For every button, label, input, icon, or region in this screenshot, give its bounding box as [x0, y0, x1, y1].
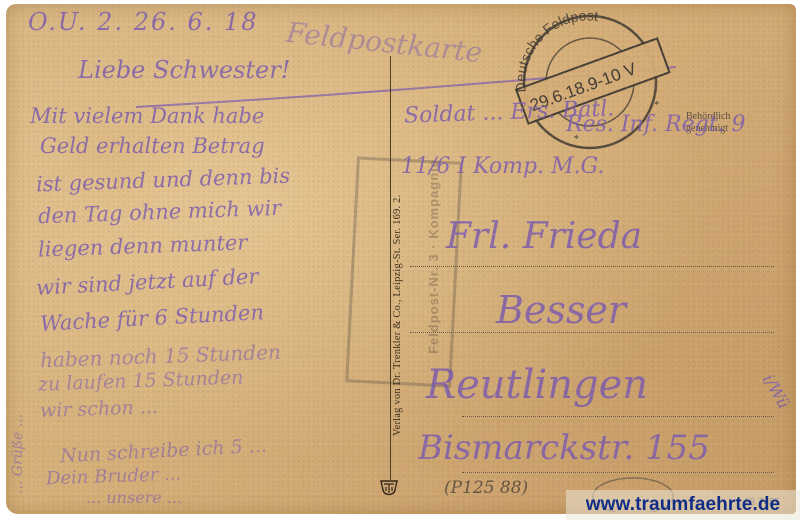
- divider-line: [390, 56, 391, 480]
- address-line-3: [462, 416, 774, 417]
- unit-stamp-text: Feldpost-Nr. 3 · Kompagnie: [426, 159, 441, 354]
- recipient-name-line1: Frl. Frieda: [446, 216, 642, 257]
- address-line-1: [410, 266, 774, 267]
- pencil-catalog-note: (P125 88): [444, 478, 528, 498]
- recipient-city: Reutlingen: [426, 362, 648, 408]
- sender-line: 11/6 I Komp. M.G.: [401, 154, 604, 179]
- message-line: ... unsere ...: [86, 488, 182, 507]
- message-line: den Tag ohne mich wir: [38, 196, 282, 228]
- message-line: Wache für 6 Stunden: [40, 300, 265, 336]
- publisher-logo-icon: [378, 478, 400, 500]
- message-line: Geld erhalten Betrag: [40, 134, 265, 158]
- postcard-back: O.U. 2. 26. 6. 18 Feldpostkarte Liebe Sc…: [6, 4, 796, 514]
- header-date: O.U. 2. 26. 6. 18: [28, 8, 259, 36]
- recipient-name-line2: Besser: [496, 288, 626, 332]
- message-line: wir schon ...: [40, 396, 159, 422]
- message-line: Dein Bruder ...: [46, 464, 182, 490]
- svg-text:*: *: [654, 100, 659, 111]
- message-line: wir sind jetzt auf der: [36, 264, 259, 300]
- margin-note: ... Grüße ...: [10, 414, 26, 494]
- unit-stamp-frame: [345, 156, 463, 387]
- recipient-street: Bismarckstr. 155: [418, 428, 710, 468]
- publisher-imprint: Verlag von Dr. Trenkler & Co., Leipzig-S…: [392, 56, 403, 436]
- recipient-city-suffix: i/Wü: [759, 371, 794, 412]
- address-line-2: [410, 332, 774, 333]
- message-line: haben noch 15 Stunden: [40, 340, 282, 372]
- message-line: Mit vielem Dank habe: [30, 104, 264, 128]
- message-line: ist gesund und denn bis: [36, 164, 291, 197]
- website-watermark: www.traumfaehrte.de: [566, 490, 800, 520]
- message-line: liegen denn munter: [38, 230, 248, 261]
- message-line: Nun schreibe ich 5 ...: [60, 435, 268, 468]
- sender-line: Res. Inf. Regt. 9: [566, 112, 746, 137]
